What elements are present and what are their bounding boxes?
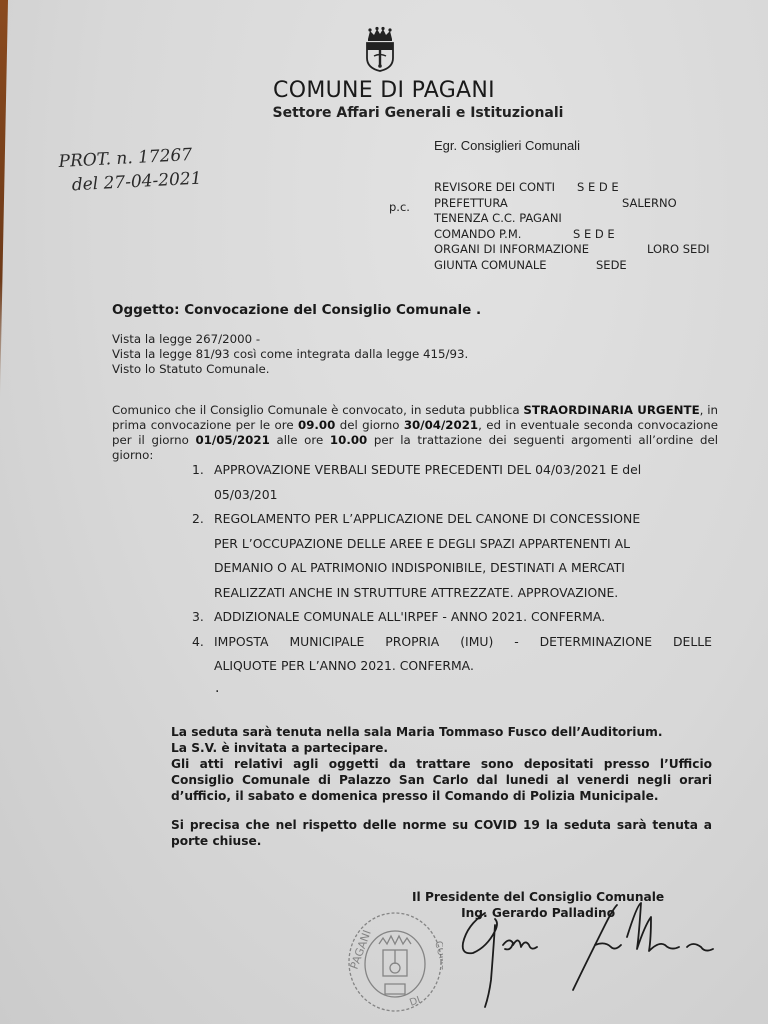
svg-text:DI: DI xyxy=(408,995,422,1009)
cc-recipient: GIUNTA COMUNALE SEDE xyxy=(434,258,589,274)
cc-recipient: REVISORE DEI CONTI S E D E xyxy=(434,180,589,196)
second-date: 01/05/2021 xyxy=(196,433,270,447)
legal-references: Vista la legge 267/2000 - Vista la legge… xyxy=(112,332,468,377)
closing-notes: La seduta sarà tenuta nella sala Maria T… xyxy=(171,724,712,849)
cc-recipient: PREFETTURA SALERNO xyxy=(434,196,589,212)
second-time: 10.00 xyxy=(330,433,367,447)
first-date: 30/04/2021 xyxy=(404,418,478,432)
signature-icon xyxy=(455,895,735,1015)
cc-recipient-list: REVISORE DEI CONTI S E D E PREFETTURA SA… xyxy=(434,180,589,273)
primary-recipient: Egr. Consiglieri Comunali xyxy=(434,138,580,153)
cc-label: p.c. xyxy=(389,200,410,214)
legal-reference: Visto lo Statuto Comunale. xyxy=(112,362,468,377)
invite-note: La S.V. è invitata a partecipare. xyxy=(171,740,712,756)
documents-note: Gli atti relativi agli oggetti da tratta… xyxy=(171,756,712,804)
agenda-item: 2. REGOLAMENTO PER L’APPLICAZIONE DEL CA… xyxy=(192,507,712,605)
covid-note: Si precisa che nel rispetto delle norme … xyxy=(171,817,712,849)
first-time: 09.00 xyxy=(298,418,335,432)
municipal-coat-of-arms-icon xyxy=(364,26,396,72)
agenda-item: 4. IMPOSTA MUNICIPALE PROPRIA (IMU) - DE… xyxy=(192,630,712,679)
agenda-item: 3. ADDIZIONALE COMUNALE ALL'IRPEF - ANNO… xyxy=(192,605,712,630)
official-seal-icon: PAGANI DI COMUNE xyxy=(343,902,443,1014)
cc-recipient: COMANDO P.M. S E D E xyxy=(434,227,589,243)
municipality-name: COMUNE DI PAGANI xyxy=(0,78,768,103)
legal-reference: Vista la legge 267/2000 - xyxy=(112,332,468,347)
legal-reference: Vista la legge 81/93 così come integrata… xyxy=(112,347,468,362)
cc-recipient: TENENZA C.C. PAGANI xyxy=(434,211,589,227)
agenda-trailing-dot: . xyxy=(215,680,219,696)
convocation-paragraph: Comunico che il Consiglio Comunale è con… xyxy=(112,403,718,463)
subject-line: Oggetto: Convocazione del Consiglio Comu… xyxy=(112,302,481,318)
protocol-number-handwritten: PROT. n. 17267 del 27-04-2021 xyxy=(58,143,202,198)
department-name: Settore Affari Generali e Istituzionali xyxy=(0,105,768,121)
agenda-item: 1. APPROVAZIONE VERBALI SEDUTE PRECEDENT… xyxy=(192,458,712,507)
session-type: STRAORDINARIA URGENTE xyxy=(523,403,699,417)
agenda-list: 1. APPROVAZIONE VERBALI SEDUTE PRECEDENT… xyxy=(192,458,712,679)
cc-recipient: ORGANI DI INFORMAZIONE LORO SEDI xyxy=(434,242,589,258)
svg-text:PAGANI: PAGANI xyxy=(348,928,374,971)
venue-note: La seduta sarà tenuta nella sala Maria T… xyxy=(171,724,712,740)
